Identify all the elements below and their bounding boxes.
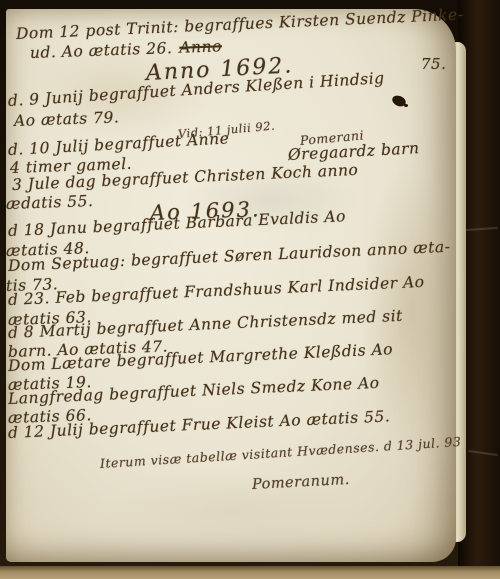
strikethrough-word: Anno <box>179 37 222 56</box>
binding-scratch <box>468 450 498 456</box>
binding-scratch <box>464 227 498 231</box>
manuscript-photo: Dom 12 post Trinit: begraffues Kirsten S… <box>0 0 500 579</box>
table-surface <box>0 566 500 579</box>
page-number: 75. <box>421 55 446 73</box>
ink-blot <box>404 104 408 107</box>
register-line: ædatis 55. <box>6 192 94 213</box>
register-line: Ao ætats 79. <box>14 108 120 130</box>
